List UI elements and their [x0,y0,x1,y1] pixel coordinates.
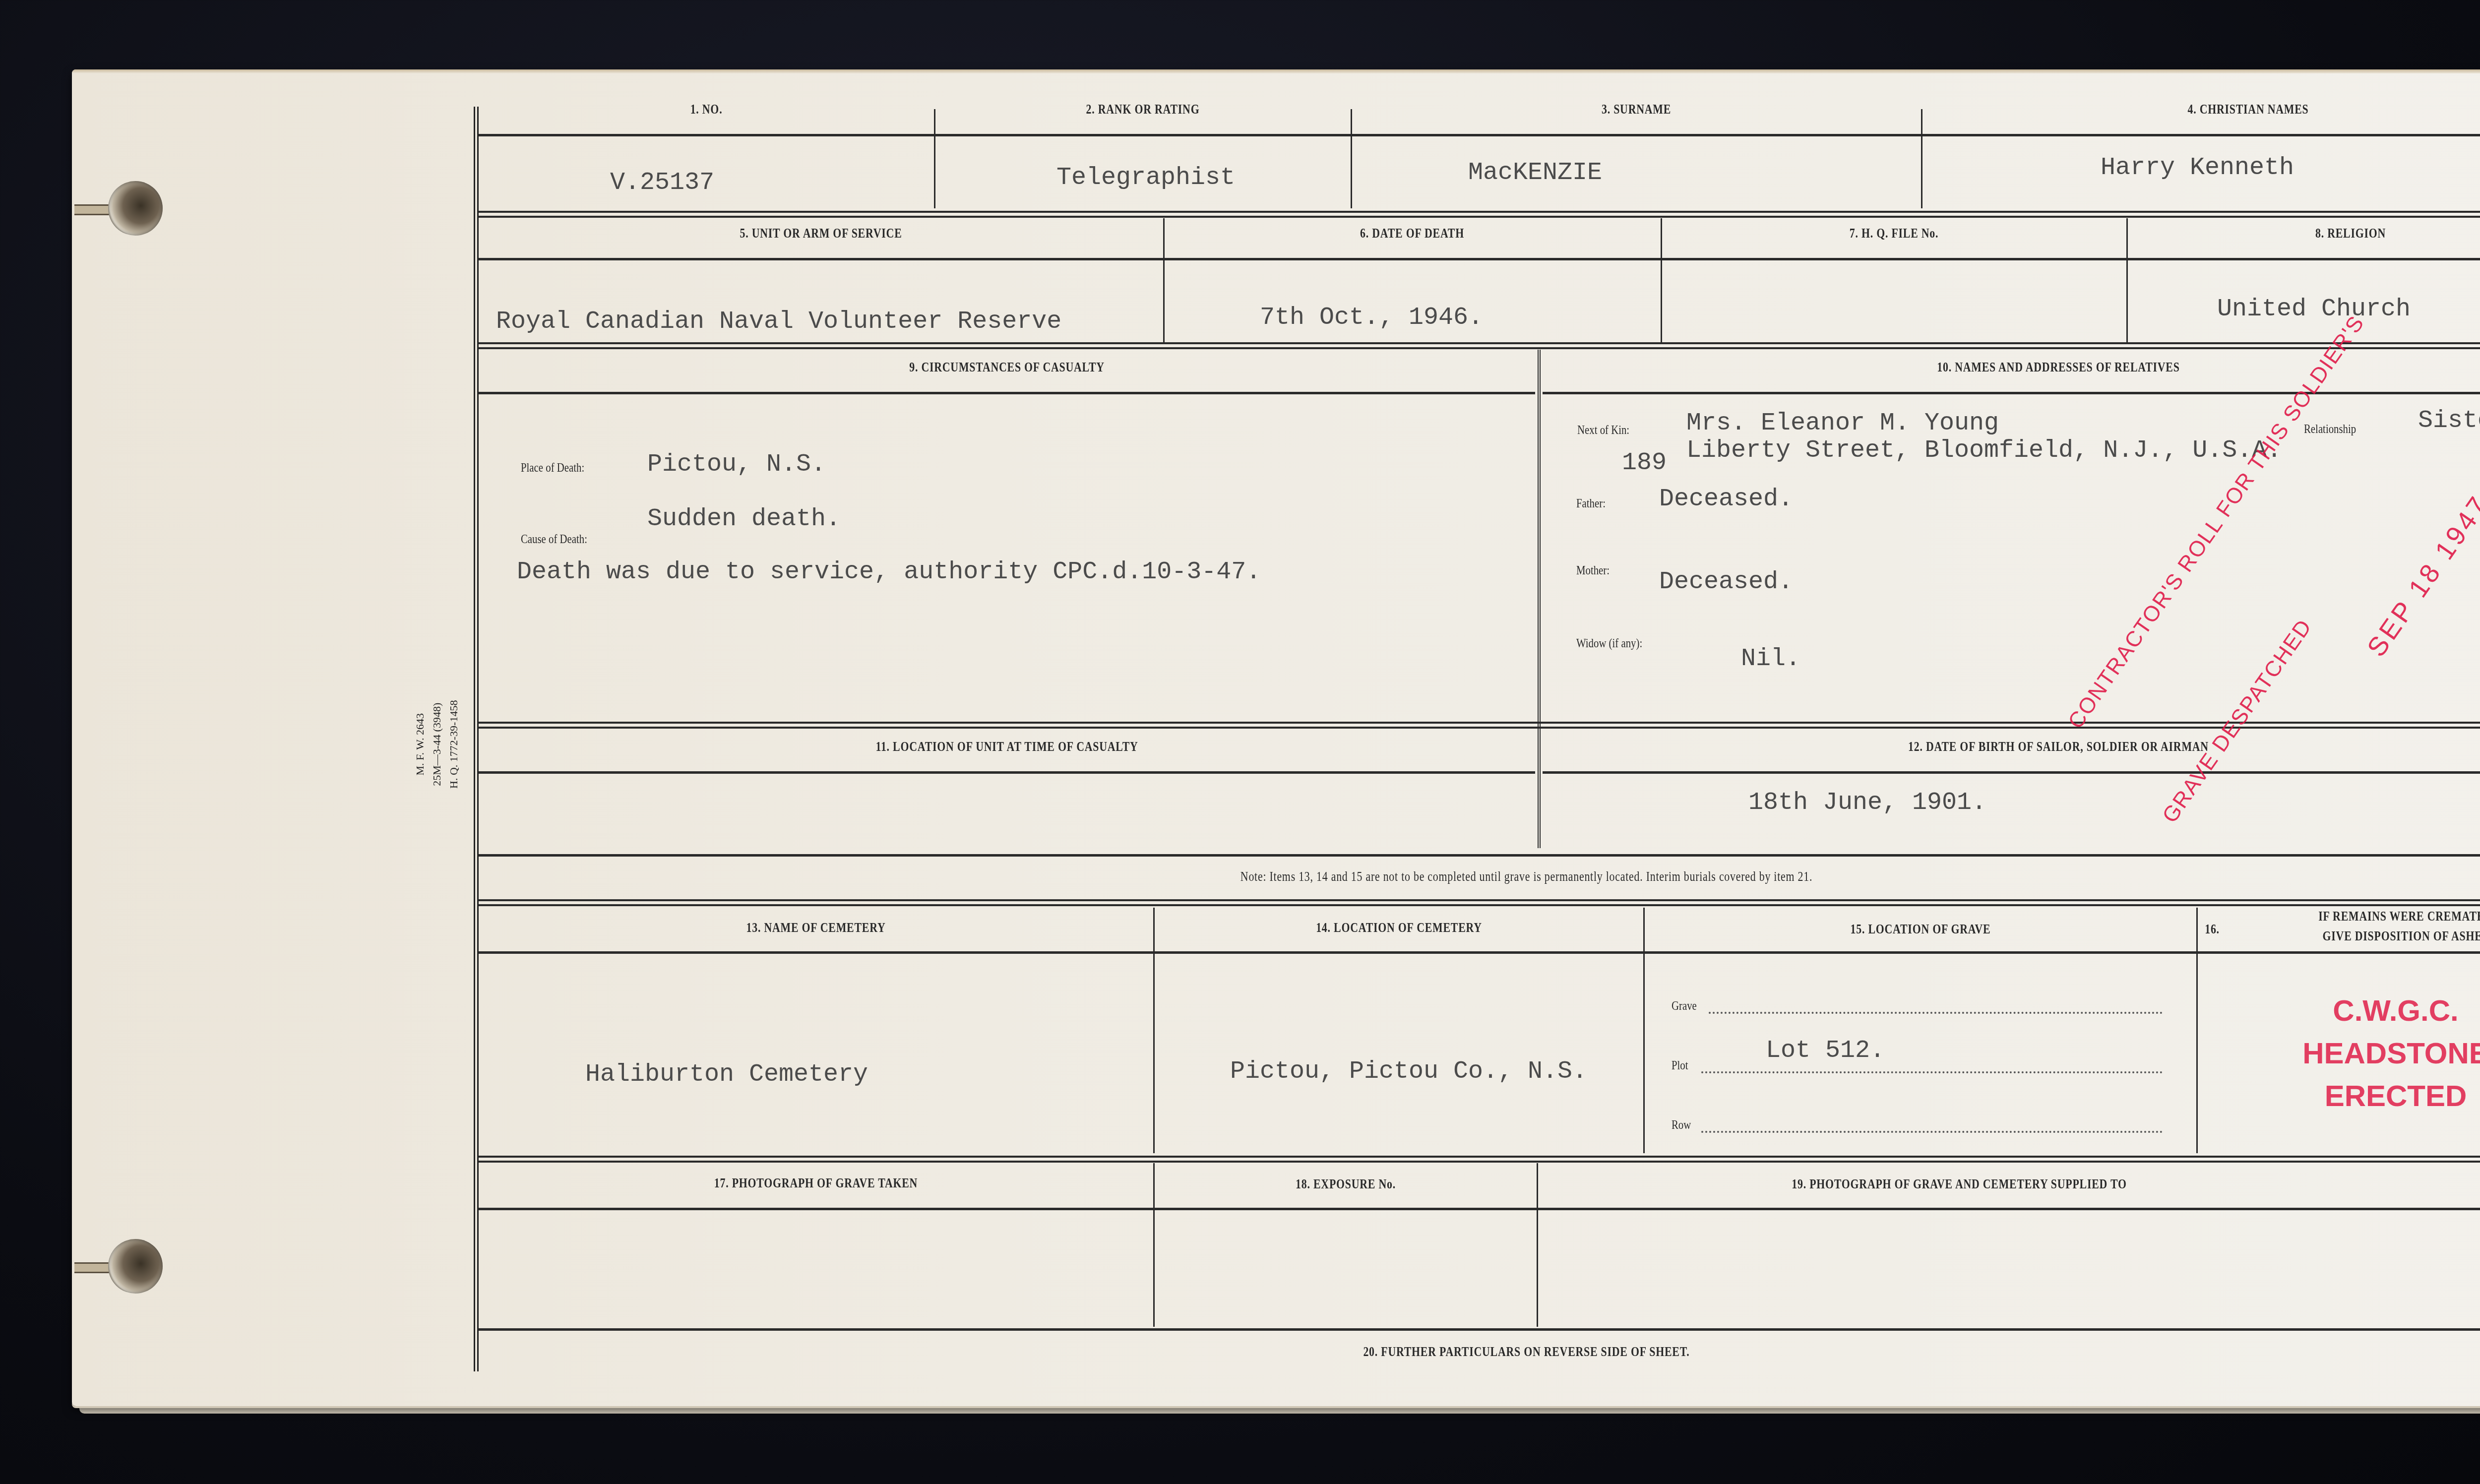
label-cremation-line2: GIVE DISPOSITION OF ASHES [2270,928,2480,944]
label-photo-supplied-to: 19. PHOTOGRAPH OF GRAVE AND CEMETERY SUP… [1630,1176,2288,1192]
row-rule [479,347,2480,349]
label-surname: 3. SURNAME [1414,102,1858,118]
label-religion: 8. RELIGION [2176,226,2480,242]
divider [1351,109,1352,208]
cwgc-stamp-line1: C.W.G.C. [2277,989,2480,1032]
label-relationship: Relationship [2304,422,2356,436]
divider [1661,218,1662,342]
label-christian-names: 4. CHRISTIAN NAMES [1994,102,2480,118]
value-unit: Royal Canadian Naval Volunteer Reserve [496,308,1061,336]
cwgc-stamp-line3: ERECTED [2277,1075,2480,1117]
row1-header-rule [479,134,2480,136]
grave-dotted-line [1709,1012,2163,1014]
value-circumstances-note: Death was due to service, authority CPC.… [517,558,1261,586]
value-date-of-death: 7th Oct., 1946. [1260,304,1483,332]
row-rule [479,216,2480,218]
divider [2196,908,2198,1153]
margin-line-3: H. Q. 1772-39-1458 [445,700,462,789]
margin-line-2: 25M—3-44 (3948) [429,700,445,789]
row13-header-rule [479,951,2480,954]
label-father: Father: [1576,496,1606,511]
label-cemetery-name: 13. NAME OF CEMETERY [553,920,1079,936]
label-date-of-death: 6. DATE OF DEATH [1219,226,1606,242]
plot-dotted-line [1701,1071,2163,1073]
row-dotted-line [1701,1131,2163,1133]
label-exposure-no: 18. EXPOSURE No. [1197,1176,1495,1192]
margin-line-1: M. F. W. 2643 [412,700,429,789]
label-date-of-birth: 12. DATE OF BIRTH OF SAILOR, SOLDIER OR … [1656,739,2461,755]
label-rank: 2. RANK OR RATING [981,102,1305,118]
label-place-of-death: Place of Death: [521,460,584,475]
label-circumstances: 9. CIRCUMSTANCES OF CASUALTY [595,360,1419,375]
label-cremation-number: 16. [2201,922,2224,937]
note-items-13-15: Note: Items 13, 14 and 15 are not to be … [709,869,2344,885]
row17-header-rule [479,1208,2480,1210]
divider [1921,109,1922,208]
divider [1153,1163,1155,1327]
value-next-of-kin-name: Mrs. Eleanor M. Young [1686,409,1999,437]
value-surname: MacKENZIE [1468,159,1602,187]
label-mother: Mother: [1576,563,1610,578]
label-hq-file-no: 7. H. Q. FILE No. [1713,226,2075,242]
divider [1538,350,1541,848]
row-rule [479,1328,2480,1331]
row-rule [479,722,2480,724]
row2-header-rule [479,258,2480,260]
label-next-of-kin: Next of Kin: [1577,423,1629,437]
value-place-of-death: Pictou, N.S. [647,450,826,479]
value-date-of-birth: 18th June, 1901. [1748,789,1986,817]
label-no: 1. NO. [529,102,884,118]
value-relationship: Sister [2418,407,2480,435]
divider [934,109,935,208]
value-next-of-kin-address: Liberty Street, Bloomfield, N.J., U.S.A. [1686,436,2282,465]
row-rule [479,904,2480,906]
label-photo-taken: 17. PHOTOGRAPH OF GRAVE TAKEN [553,1175,1079,1191]
value-cemetery-name: Haliburton Cemetery [585,1060,868,1089]
value-religion: United Church [2217,295,2411,323]
row-rule [479,211,2480,213]
divider [1643,908,1645,1153]
value-widow: Nil. [1741,645,1800,673]
form-print-code: M. F. W. 2643 25M—3-44 (3948) H. Q. 1772… [412,700,462,789]
value-plot: Lot 512. [1766,1037,1885,1065]
cwgc-stamp-line2: HEADSTONE [2277,1032,2480,1075]
row11-header-rule [479,771,1535,774]
divider [1537,1163,1538,1327]
binder-ring-top-icon [108,181,163,236]
row-rule [479,899,2480,901]
label-unit: 5. UNIT OR ARM OF SERVICE [554,226,1088,242]
row12-header-rule [1543,771,2480,774]
divider [1163,218,1165,342]
label-widow: Widow (if any): [1576,636,1642,651]
value-next-of-kin-address-no: 189 [1622,449,1667,477]
row-rule [479,727,2480,729]
value-rank: Telegraphist [1056,164,1235,192]
row9-header-rule [479,392,1535,394]
label-grave-location: 15. LOCATION OF GRAVE [1705,922,2135,937]
row-rule [479,1161,2480,1163]
label-cause-of-death: Cause of Death: [521,532,587,547]
value-father: Deceased. [1659,485,1793,513]
divider [2126,218,2128,342]
row-rule [479,342,2480,344]
form-left-double-rule [474,107,479,1371]
row-rule [479,854,2480,857]
label-row: Row [1672,1117,1691,1132]
binder-ring-bottom-icon [108,1239,163,1294]
value-cemetery-location: Pictou, Pictou Co., N.S. [1230,1057,1587,1086]
value-no: V.25137 [610,169,714,197]
row10-header-rule [1543,392,2480,394]
value-mother: Deceased. [1659,568,1793,596]
label-location-of-unit: 11. LOCATION OF UNIT AT TIME OF CASUALTY [595,739,1419,755]
divider [1153,908,1155,1153]
label-cemetery-location: 14. LOCATION OF CEMETERY [1208,920,1589,936]
label-grave: Grave [1672,998,1697,1013]
label-plot: Plot [1672,1058,1688,1073]
cwgc-headstone-stamp: C.W.G.C. HEADSTONE ERECTED [2277,989,2480,1117]
label-cremation-line1: IF REMAINS WERE CREMATED [2270,909,2480,925]
label-further-particulars: 20. FURTHER PARTICULARS ON REVERSE SIDE … [709,1344,2344,1360]
value-christian-names: Harry Kenneth [2101,154,2294,182]
row-rule [479,1156,2480,1158]
value-cause-of-death: Sudden death. [647,505,841,533]
